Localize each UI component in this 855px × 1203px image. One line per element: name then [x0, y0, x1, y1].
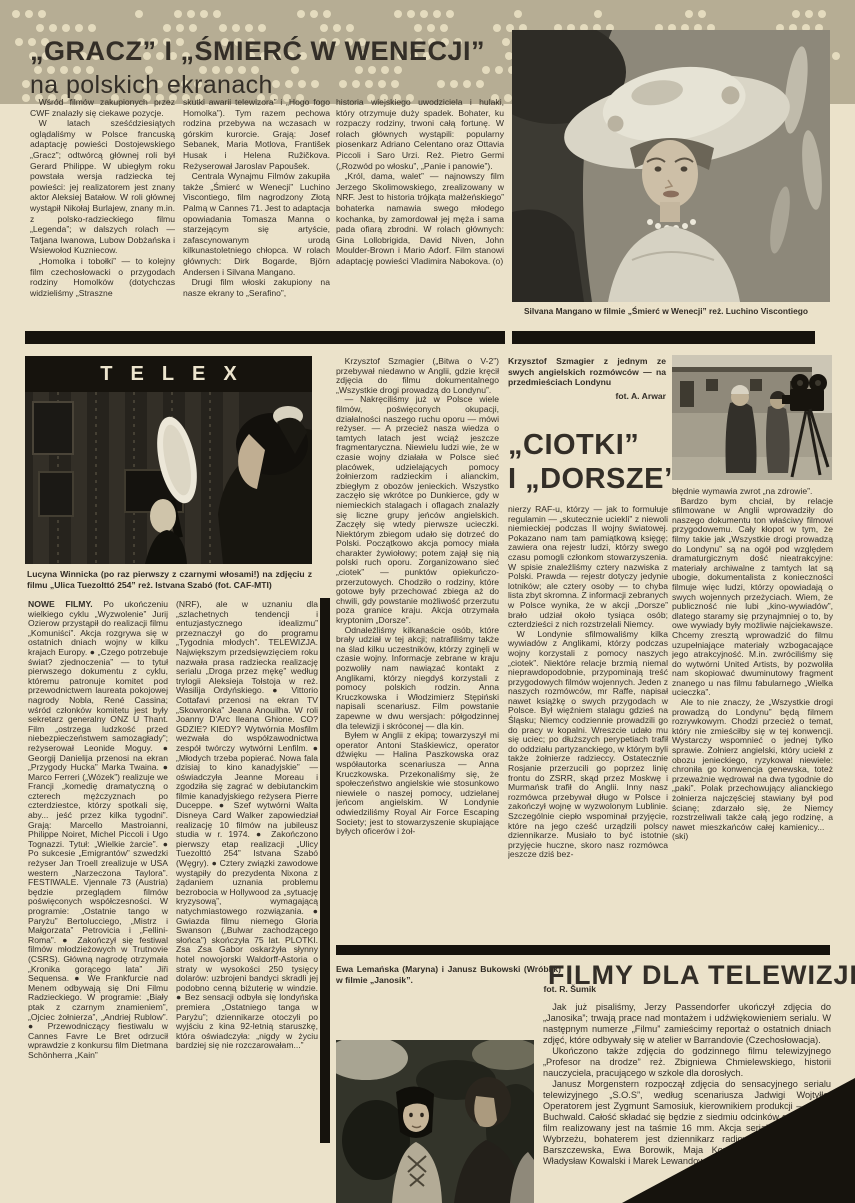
- ciotki-column-3: błędnie wymawia zwrot „na zdrowie”. Bard…: [672, 487, 833, 937]
- headline-line2: na polskich ekranach: [30, 71, 485, 100]
- szmagier-caption-block: Krzysztof Szmagier z jednym ze swych ang…: [508, 356, 666, 401]
- telex-column-2: (NRF), ale w uznaniu dla „szlachetnych t…: [176, 600, 318, 1192]
- top-article-column-1: Wśród filmów zakupionych przez CWF znala…: [30, 97, 175, 331]
- ciotki-headline: „CIOTKI” I „DORSZE”: [508, 428, 679, 496]
- ciotki-column-2: nierzy RAF-u, którzy — jak to formułuje …: [508, 505, 668, 935]
- top-article-column-3: historia wiejskiego uwodziciela i hulaki…: [336, 97, 504, 331]
- top-article-column-2: skutki awarii telewizora” i „Hogo fogo H…: [183, 97, 330, 331]
- janosik-photo-caption: Ewa Lemańska (Maryna) i Janusz Bukowski …: [336, 964, 561, 985]
- ciotki-column-1: Krzysztof Szmagier („Bitwa o V-2”) przeb…: [336, 357, 499, 939]
- ciotki-headline-line2: I „DORSZE”: [508, 462, 679, 496]
- rule-bottom: [336, 945, 830, 955]
- rule-left: [25, 331, 505, 344]
- ciotki-headline-line1: „CIOTKI”: [508, 428, 679, 462]
- photo-winnicka-illustration: [25, 392, 312, 564]
- top-article-headline: „GRACZ” I „ŚMIERĆ W WENECJI” na polskich…: [30, 36, 485, 100]
- headline-line1: „GRACZ” I „ŚMIERĆ W WENECJI”: [30, 36, 485, 67]
- szmagier-photo-caption: Krzysztof Szmagier z jednym ze swych ang…: [508, 356, 666, 388]
- tv-section-headline: FILMY DLA TELEWIZJI: [548, 960, 855, 991]
- szmagier-photo-credit: fot. A. Arwar: [508, 391, 666, 401]
- photo-silvana-illustration: [512, 30, 830, 302]
- telex-column-1-text: Po ukończeniu wielkiego cyklu „Wyzwoleni…: [28, 600, 168, 1060]
- magazine-page: „GRACZ” I „ŚMIERĆ W WENECJI” na polskich…: [0, 0, 855, 1203]
- telex-title: TELEX: [82, 363, 254, 386]
- photo-lucyna-winnicka: [25, 392, 312, 564]
- photo-szmagier-london: [672, 355, 832, 480]
- photo-janosik-illustration: [336, 1040, 534, 1203]
- telex-header: TELEX: [25, 356, 312, 392]
- photo-szmagier-illustration: [672, 355, 832, 480]
- winnicka-photo-caption: Lucyna Winnicka (po raz pierwszy z czarn…: [27, 569, 312, 590]
- vertical-rule: [320, 598, 330, 1143]
- silvana-photo-caption: Silvana Mangano w filmie „Śmierć w Wenec…: [510, 306, 822, 316]
- photo-silvana-mangano: [512, 30, 830, 302]
- photo-janosik: [336, 1040, 534, 1203]
- telex-column-1: NOWE FILMY. Po ukończeniu wielkiego cykl…: [28, 600, 168, 1192]
- rule-right: [512, 331, 815, 344]
